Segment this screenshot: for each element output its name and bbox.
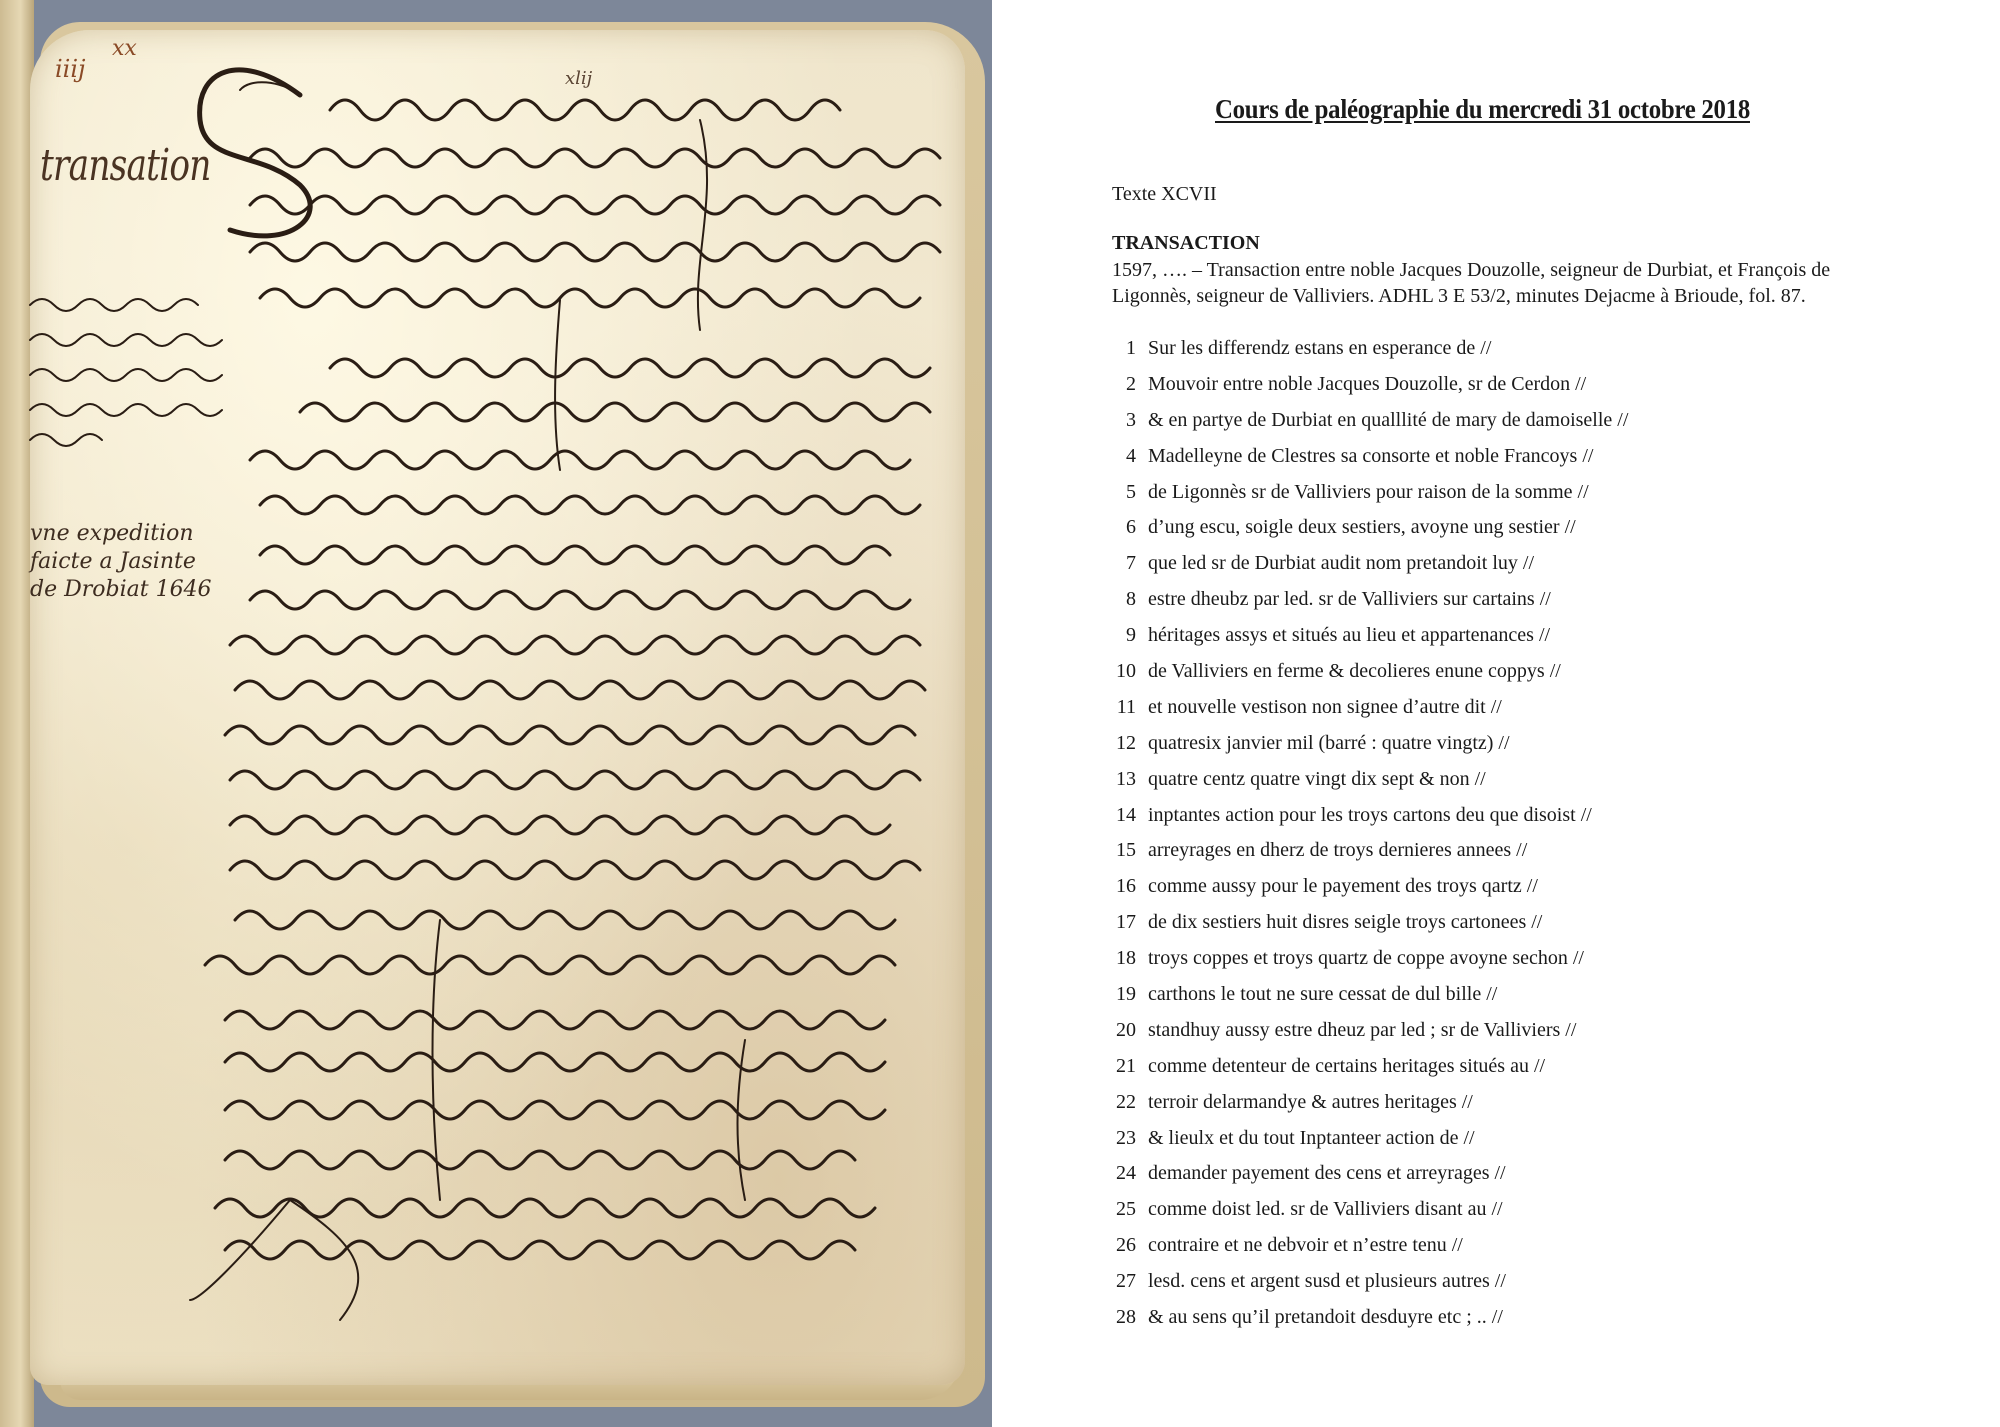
line-number: 19 [1112,979,1148,1015]
section-heading: TRANSACTION [1112,232,1260,255]
line-text: que led sr de Durbiat audit nom pretando… [1148,548,1534,584]
line-text: de Valliviers en ferme & decolieres enun… [1148,656,1561,692]
transcription-line: 8estre dheubz par led. sr de Valliviers … [1112,584,1628,620]
transcription-line: 19carthons le tout ne sure cessat de dul… [1112,979,1628,1015]
manuscript-photo: iiij xx xlij transation vne expedition f… [0,0,992,1427]
line-text: demander payement des cens et arreyrages… [1148,1158,1506,1194]
transcription-line: 25comme doist led. sr de Valliviers disa… [1112,1194,1628,1230]
transcription-line: 23& lieulx et du tout Inptanteer action … [1112,1123,1628,1159]
transcription-document: Cours de paléographie du mercredi 31 oct… [992,0,2000,1427]
transcription-line: 3& en partye de Durbiat en qualllité de … [1112,405,1628,441]
transcription-line: 1Sur les differendz estans en esperance … [1112,333,1628,369]
line-text: troys coppes et troys quartz de coppe av… [1148,943,1584,979]
summary-line: Ligonnès, seigneur de Valliviers. ADHL 3… [1112,283,1932,309]
line-text: carthons le tout ne sure cessat de dul b… [1148,979,1497,1015]
folio-mark: iiij [55,55,85,83]
line-number: 21 [1112,1051,1148,1087]
line-text: d’ung escu, soigle deux sestiers, avoyne… [1148,512,1576,548]
transcription-line: 4Madelleyne de Clestres sa consorte et n… [1112,441,1628,477]
page-title: Cours de paléographie du mercredi 31 oct… [1215,94,1750,125]
line-text: contraire et ne debvoir et n’estre tenu … [1148,1230,1463,1266]
folio-mark-secondary: xx [112,36,137,61]
line-text: comme aussy pour le payement des troys q… [1148,871,1538,907]
line-number: 24 [1112,1158,1148,1194]
line-number: 13 [1112,764,1148,800]
line-text: comme doist led. sr de Valliviers disant… [1148,1194,1503,1230]
document-summary: 1597, …. – Transaction entre noble Jacqu… [1112,257,1932,309]
line-number: 15 [1112,835,1148,871]
transcription-line: 28& au sens qu’il pretandoit desduyre et… [1112,1302,1628,1338]
line-text: comme detenteur de certains heritages si… [1148,1051,1545,1087]
transcription-line: 6d’ung escu, soigle deux sestiers, avoyn… [1112,512,1628,548]
transcription-line: 15arreyrages en dherz de troys dernieres… [1112,835,1628,871]
line-number: 27 [1112,1266,1148,1302]
line-text: de Ligonnès sr de Valliviers pour raison… [1148,477,1589,513]
line-text: héritages assys et situés au lieu et app… [1148,620,1550,656]
margin-note: vne expedition faicte a Jasinte de Drobi… [30,520,212,604]
line-number: 23 [1112,1123,1148,1159]
summary-line: 1597, …. – Transaction entre noble Jacqu… [1112,257,1932,283]
transcription-line: 20standhuy aussy estre dheuz par led ; s… [1112,1015,1628,1051]
line-number: 16 [1112,871,1148,907]
line-number: 20 [1112,1015,1148,1051]
line-number: 2 [1112,369,1148,405]
line-number: 11 [1112,692,1148,728]
handwriting-strokes [0,0,992,1427]
line-number: 3 [1112,405,1148,441]
margin-heading: transation [40,140,211,191]
transcription-line: 16comme aussy pour le payement des troys… [1112,871,1628,907]
text-identifier: Texte XCVII [1112,183,1217,206]
transcription-line: 12quatresix janvier mil (barré : quatre … [1112,728,1628,764]
line-number: 7 [1112,548,1148,584]
line-text: & en partye de Durbiat en qualllité de m… [1148,405,1628,441]
line-number: 28 [1112,1302,1148,1338]
line-text: & lieulx et du tout Inptanteer action de… [1148,1123,1475,1159]
line-text: Mouvoir entre noble Jacques Douzolle, sr… [1148,369,1586,405]
line-number: 22 [1112,1087,1148,1123]
line-text: & au sens qu’il pretandoit desduyre etc … [1148,1302,1503,1338]
line-number: 18 [1112,943,1148,979]
page-number-mark: xlij [565,68,592,89]
transcription-line: 22terroir delarmandye & autres heritages… [1112,1087,1628,1123]
line-number: 4 [1112,441,1148,477]
transcription-line: 17de dix sestiers huit disres seigle tro… [1112,907,1628,943]
transcription-line: 21comme detenteur de certains heritages … [1112,1051,1628,1087]
line-text: terroir delarmandye & autres heritages /… [1148,1087,1473,1123]
line-number: 9 [1112,620,1148,656]
line-text: Sur les differendz estans en esperance d… [1148,333,1491,369]
transcription-line: 9héritages assys et situés au lieu et ap… [1112,620,1628,656]
line-number: 12 [1112,728,1148,764]
line-number: 8 [1112,584,1148,620]
line-number: 5 [1112,477,1148,513]
transcription-line: 5de Ligonnès sr de Valliviers pour raiso… [1112,477,1628,513]
line-text: inptantes action pour les troys cartons … [1148,800,1592,836]
transcription-line: 27lesd. cens et argent susd et plusieurs… [1112,1266,1628,1302]
transcription-line: 7que led sr de Durbiat audit nom pretand… [1112,548,1628,584]
line-number: 10 [1112,656,1148,692]
transcription-line: 13quatre centz quatre vingt dix sept & n… [1112,764,1628,800]
transcription-line: 26contraire et ne debvoir et n’estre ten… [1112,1230,1628,1266]
transcription-line: 18troys coppes et troys quartz de coppe … [1112,943,1628,979]
transcription-lines: 1Sur les differendz estans en esperance … [1112,333,1628,1338]
line-text: lesd. cens et argent susd et plusieurs a… [1148,1266,1506,1302]
line-number: 17 [1112,907,1148,943]
line-number: 25 [1112,1194,1148,1230]
line-text: Madelleyne de Clestres sa consorte et no… [1148,441,1593,477]
line-text: standhuy aussy estre dheuz par led ; sr … [1148,1015,1576,1051]
line-number: 1 [1112,333,1148,369]
transcription-line: 14inptantes action pour les troys carton… [1112,800,1628,836]
line-number: 26 [1112,1230,1148,1266]
line-number: 6 [1112,512,1148,548]
transcription-line: 24demander payement des cens et arreyrag… [1112,1158,1628,1194]
line-text: quatresix janvier mil (barré : quatre vi… [1148,728,1510,764]
line-text: estre dheubz par led. sr de Valliviers s… [1148,584,1551,620]
line-text: et nouvelle vestison non signee d’autre … [1148,692,1502,728]
line-text: quatre centz quatre vingt dix sept & non… [1148,764,1486,800]
transcription-line: 10de Valliviers en ferme & decolieres en… [1112,656,1628,692]
line-number: 14 [1112,800,1148,836]
transcription-line: 11et nouvelle vestison non signee d’autr… [1112,692,1628,728]
line-text: arreyrages en dherz de troys dernieres a… [1148,835,1527,871]
line-text: de dix sestiers huit disres seigle troys… [1148,907,1542,943]
transcription-line: 2Mouvoir entre noble Jacques Douzolle, s… [1112,369,1628,405]
